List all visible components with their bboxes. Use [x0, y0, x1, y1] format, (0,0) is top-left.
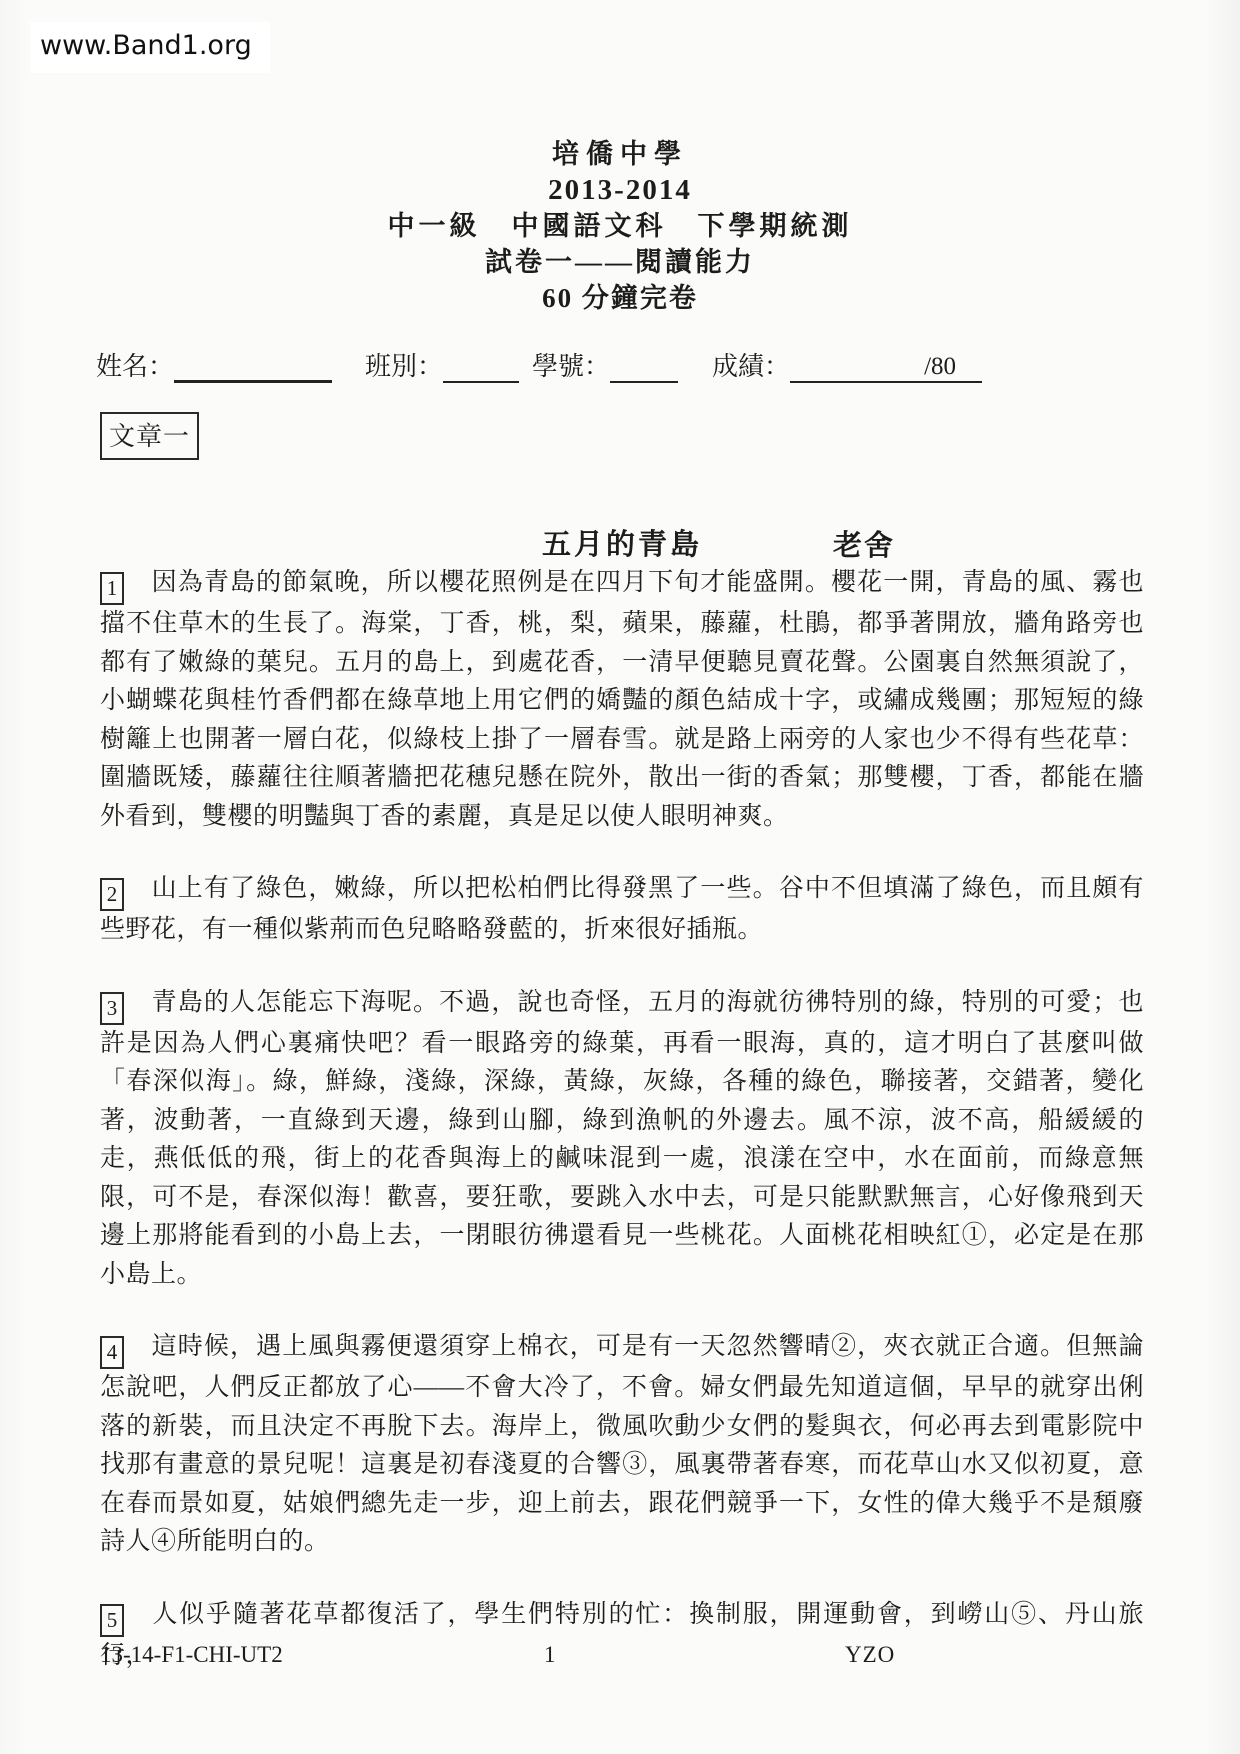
paragraph-number-box: 5 — [100, 1604, 124, 1637]
section-label-box: 文章一 — [100, 412, 199, 460]
paper-title-line: 試卷一——閱讀能力 — [0, 244, 1240, 280]
student-number-field: 學號： — [532, 346, 678, 383]
article-paragraph: 3青島的人怎能忘下海呢。不過，說也奇怪，五月的海就彷彿特別的綠，特別的可愛；也許… — [100, 984, 1144, 1295]
school-year: 2013-2014 — [0, 172, 1240, 208]
score-label: 成績： — [712, 352, 790, 381]
student-number-label: 學號： — [532, 352, 610, 381]
paragraph-text: 青島的人怎能忘下海呢。不過，說也奇怪，五月的海就彷彿特別的綠，特別的可愛；也許是… — [100, 989, 1144, 1288]
article-paragraph: 2山上有了綠色，嫩綠，所以把松柏們比得發黑了一些。谷中不但填滿了綠色，而且頗有些… — [100, 870, 1144, 950]
footer-page-number: 1 — [544, 1642, 556, 1668]
school-name: 培僑中學 — [0, 136, 1240, 172]
exam-paper-page: www.Band1.org 培僑中學 2013-2014 中一級 中國語文科 下… — [0, 0, 1240, 1754]
footer-doc-code: 13-14-F1-CHI-UT2 — [100, 1642, 283, 1668]
student-number-blank-line — [610, 353, 678, 383]
article-header: 五月的青島 老舍 — [100, 522, 1144, 562]
class-label: 班別： — [365, 352, 443, 381]
exam-header: 培僑中學 2013-2014 中一級 中國語文科 下學期統測 試卷一——閱讀能力… — [0, 136, 1240, 316]
class-field: 班別： — [365, 346, 519, 383]
paragraph-text: 這時候，遇上風與霧便還須穿上棉衣，可是有一天忽然響晴②，夾衣就正合適。但無論怎說… — [100, 1333, 1144, 1555]
name-field: 姓名： — [96, 346, 332, 383]
score-field: 成績：/80 — [712, 346, 982, 383]
article-title: 五月的青島 — [542, 529, 702, 561]
article-paragraph: 1因為青島的節氣晚，所以櫻花照例是在四月下旬才能盛開。櫻花一開，青島的風、霧也擋… — [100, 564, 1144, 836]
footer-initials: YZO — [845, 1642, 895, 1668]
paragraph-number-box: 4 — [100, 1336, 124, 1369]
paragraph-text: 山上有了綠色，嫩綠，所以把松柏們比得發黑了一些。谷中不但填滿了綠色，而且頗有些野… — [100, 875, 1144, 943]
article-author: 老舍 — [833, 523, 895, 564]
paragraph-number-box: 1 — [100, 572, 124, 605]
name-label: 姓名： — [96, 352, 174, 381]
student-info-row: 姓名： 班別： 學號： 成績：/80 — [96, 346, 1156, 390]
paragraph-number-box: 3 — [100, 992, 124, 1025]
watermark-band1: www.Band1.org — [30, 22, 270, 73]
page-footer: 13-14-F1-CHI-UT2 1 YZO — [100, 1642, 1144, 1674]
paragraph-number-box: 2 — [100, 878, 124, 911]
name-blank-line — [174, 353, 332, 383]
exam-title-line: 中一級 中國語文科 下學期統測 — [0, 208, 1240, 244]
duration-line: 60 分鐘完卷 — [0, 280, 1240, 316]
paragraph-text: 因為青島的節氣晚，所以櫻花照例是在四月下旬才能盛開。櫻花一開，青島的風、霧也擋不… — [100, 569, 1144, 830]
article-body: 1因為青島的節氣晚，所以櫻花照例是在四月下旬才能盛開。櫻花一開，青島的風、霧也擋… — [100, 564, 1144, 1709]
article-paragraph: 4這時候，遇上風與霧便還須穿上棉衣，可是有一天忽然響晴②，夾衣就正合適。但無論怎… — [100, 1328, 1144, 1562]
class-blank-line — [443, 353, 519, 383]
score-blank-line: /80 — [790, 353, 982, 383]
